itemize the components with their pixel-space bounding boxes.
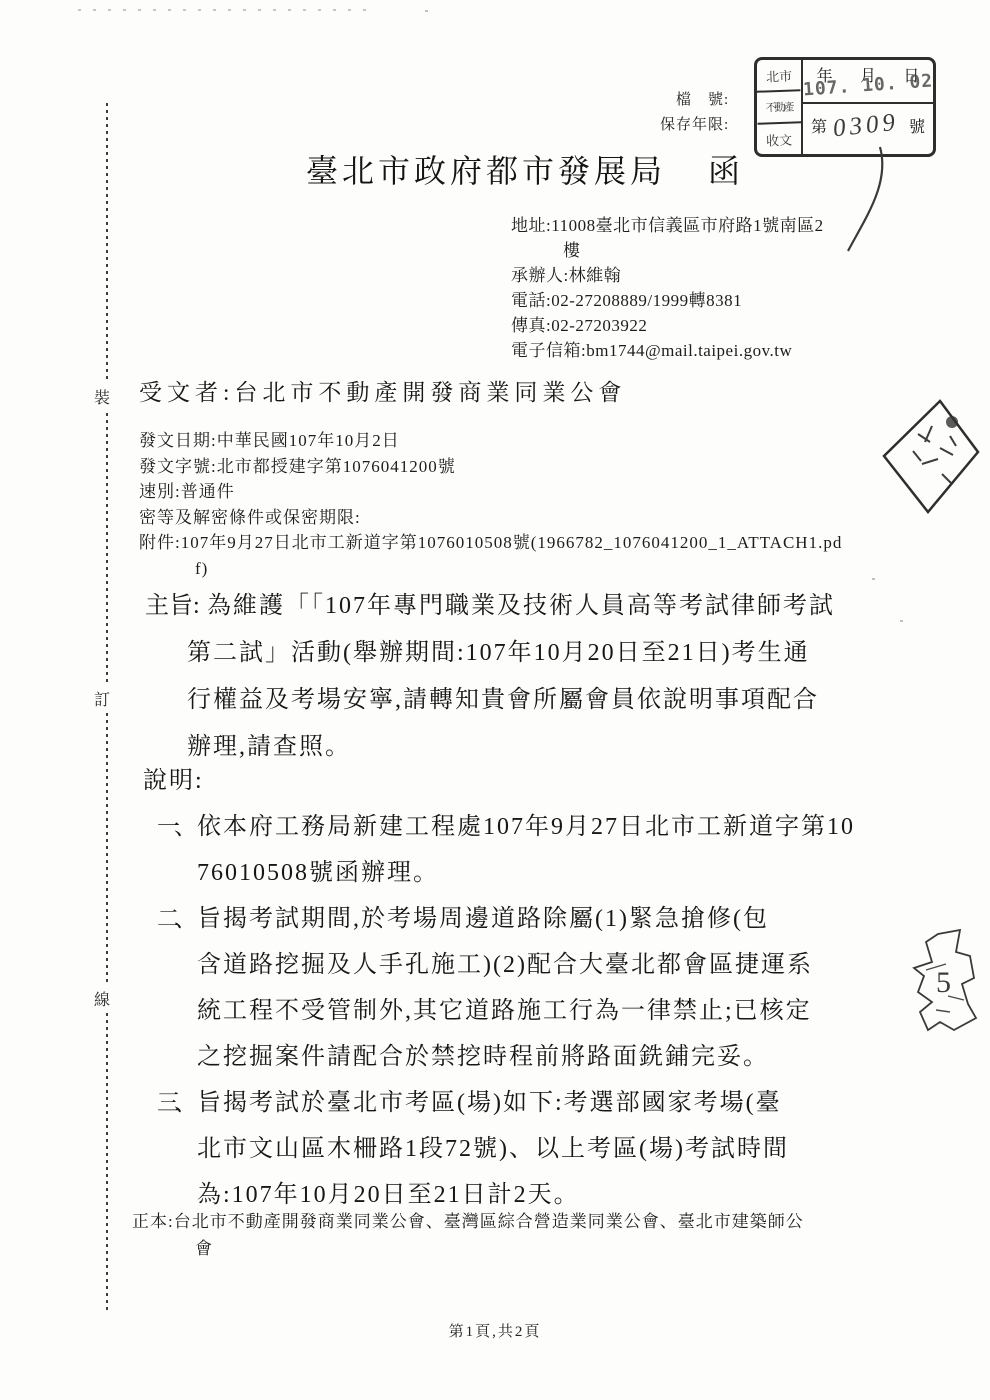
subject-first-line: 主旨:為維護「「107年專門職業及技術人員高等考試律師考試 — [145, 583, 835, 630]
list-item-line: 依本府工務局新建工程處107年9月27日北市工新道字第10 — [197, 814, 855, 840]
binding-mark-label: 裝 — [94, 385, 110, 408]
list-item-line: 之挖掘案件請配合於禁挖時程前將路面銑鋪完妥。 — [197, 1034, 813, 1080]
list-item-line: 旨揭考試於臺北市考區(場)如下:考選部國家考場(臺 — [197, 1090, 782, 1116]
binding-dotted-line — [106, 713, 108, 983]
number-suffix: 號 — [909, 114, 925, 154]
binding-dotted-line — [106, 413, 108, 683]
issuing-agency: 臺北市政府都市發展局 — [306, 146, 666, 192]
attachment-line: 附件:107年9月27日北市工新道字第1076010508號(1966782_1… — [139, 530, 842, 556]
list-item-number: 二、 — [157, 896, 197, 942]
copy-to-line: 台北市不動產開發商業同業公會、臺灣區綜合營造業同業公會、臺北市建築師公 — [174, 1212, 804, 1231]
list-item-number: 三、 — [157, 1080, 197, 1126]
diamond-seal-stamp — [878, 396, 983, 518]
subject-block: 主旨:為維護「「107年專門職業及技術人員高等考試律師考試 第二試」活動(舉辦期… — [145, 583, 835, 771]
stamp-org-line: 北市 — [756, 59, 801, 91]
sender-address-line: 樓 — [511, 238, 824, 263]
document-page: 裝 訂 線 檔 號: 保存年限: 北市 不動產 收文 年 月 日 107. 10… — [0, 0, 990, 1400]
copy-to-line: 會 — [195, 1235, 804, 1262]
list-item-first-line: 一、依本府工務局新建工程處107年9月27日北市工新道字第10 — [157, 804, 855, 850]
scan-noise — [900, 620, 903, 622]
stamp-org-line: 不動產 — [756, 89, 801, 125]
sender-address-line: 地址:11008臺北市信義區市府路1號南區2 — [511, 213, 824, 238]
list-item-first-line: 三、旨揭考試於臺北市考區(場)如下:考選部國家考場(臺 — [157, 1080, 789, 1126]
receipt-stamp-org-column: 北市 不動產 收文 — [757, 60, 803, 154]
subject-label: 主旨: — [145, 583, 207, 630]
pen-stroke-tail — [840, 145, 900, 255]
marker-stamp-icon: 5 — [896, 926, 990, 1038]
issue-date-line: 發文日期:中華民國107年10月2日 — [139, 428, 842, 454]
document-type: 函 — [708, 146, 744, 192]
stamp-org-line: 收文 — [756, 123, 801, 155]
list-item-line: 統工程不受管制外,其它道路施工行為一律禁止;已核定 — [197, 988, 813, 1034]
recipient-label: 受文者: — [139, 380, 234, 405]
sender-contact-person: 承辦人:林維翰 — [511, 263, 824, 288]
recipient-line: 受文者:台北市不動產開發商業同業公會 — [139, 374, 626, 407]
document-title: 臺北市政府都市發展局 函 — [306, 146, 744, 192]
sender-fax: 傳真:02-27203922 — [511, 313, 824, 338]
page-footer: 第1頁,共2頁 — [0, 1320, 990, 1341]
subject-line: 辦理,請查照。 — [187, 724, 835, 771]
scan-noise — [872, 578, 875, 580]
sender-phone: 電話:02-27208889/1999轉8381 — [511, 288, 824, 313]
receipt-stamp-date-area: 年 月 日 107. 10. 02 第 號 0309 — [803, 60, 933, 154]
list-item-number: 一、 — [157, 804, 197, 850]
copy-to-first-line: 正本:台北市不動產開發商業同業公會、臺灣區綜合營造業同業公會、臺北市建築師公 — [132, 1208, 804, 1235]
list-item-line: 含道路挖掘及人手孔施工)(2)配合大臺北都會區捷運系 — [197, 942, 813, 988]
binding-dotted-line — [106, 103, 108, 383]
explanation-item-3: 三、旨揭考試於臺北市考區(場)如下:考選部國家考場(臺 北市文山區木柵路1段72… — [157, 1080, 789, 1218]
binding-mark-label: 訂 — [94, 687, 110, 710]
priority-line: 速別:普通件 — [139, 479, 842, 505]
number-prefix: 第 — [811, 114, 827, 154]
sender-email: 電子信箱:bm1744@mail.taipei.gov.tw — [511, 338, 824, 363]
subject-line: 行權益及考場安寧,請轉知貴會所屬會員依說明事項配合 — [187, 677, 835, 724]
copy-to-label: 正本: — [132, 1212, 174, 1231]
list-item-line: 旨揭考試期間,於考場周邊道路除屬(1)緊急搶修(包 — [197, 906, 769, 932]
receipt-stamp: 北市 不動產 收文 年 月 日 107. 10. 02 第 號 0309 — [754, 57, 936, 157]
list-item-line: 北市文山區木柵路1段72號)、以上考區(場)考試時間 — [197, 1126, 789, 1172]
binding-mark-label: 線 — [94, 987, 110, 1010]
document-metadata: 發文日期:中華民國107年10月2日 發文字號:北市都授建字第107604120… — [139, 428, 842, 581]
subject-line: 第二試」活動(舉辦期間:107年10月20日至21日)考生通 — [187, 630, 835, 677]
copy-to-block: 正本:台北市不動產開發商業同業公會、臺灣區綜合營造業同業公會、臺北市建築師公 會 — [132, 1208, 804, 1262]
recipient-value: 台北市不動產開發商業同業公會 — [234, 380, 626, 405]
explanation-item-1: 一、依本府工務局新建工程處107年9月27日北市工新道字第10 76010508… — [157, 804, 855, 896]
scan-noise — [78, 9, 368, 11]
subject-line: 為維護「「107年專門職業及技術人員高等考試律師考試 — [207, 593, 835, 619]
classification-line: 密等及解密條件或保密期限: — [139, 505, 842, 531]
document-number-line: 發文字號:北市都授建字第1076041200號 — [139, 454, 842, 480]
explanation-item-2: 二、旨揭考試期間,於考場周邊道路除屬(1)緊急搶修(包 含道路挖掘及人手孔施工)… — [157, 896, 813, 1080]
list-item-first-line: 二、旨揭考試期間,於考場周邊道路除屬(1)緊急搶修(包 — [157, 896, 813, 942]
explanation-label: 說明: — [143, 760, 204, 795]
retention-period-label: 保存年限: — [660, 113, 729, 134]
marker-number: 5 — [936, 966, 951, 999]
diamond-seal-icon — [878, 396, 983, 518]
sender-contact-block: 地址:11008臺北市信義區市府路1號南區2 樓 承辦人:林維翰 電話:02-2… — [511, 213, 824, 363]
file-number-label: 檔 號: — [676, 88, 729, 109]
attachment-line-wrap: f) — [139, 556, 842, 582]
scan-noise — [425, 10, 428, 12]
binding-dotted-line — [106, 1013, 108, 1310]
page-marker-stamp: 5 — [896, 926, 990, 1038]
list-item-line: 76010508號函辦理。 — [197, 850, 855, 896]
